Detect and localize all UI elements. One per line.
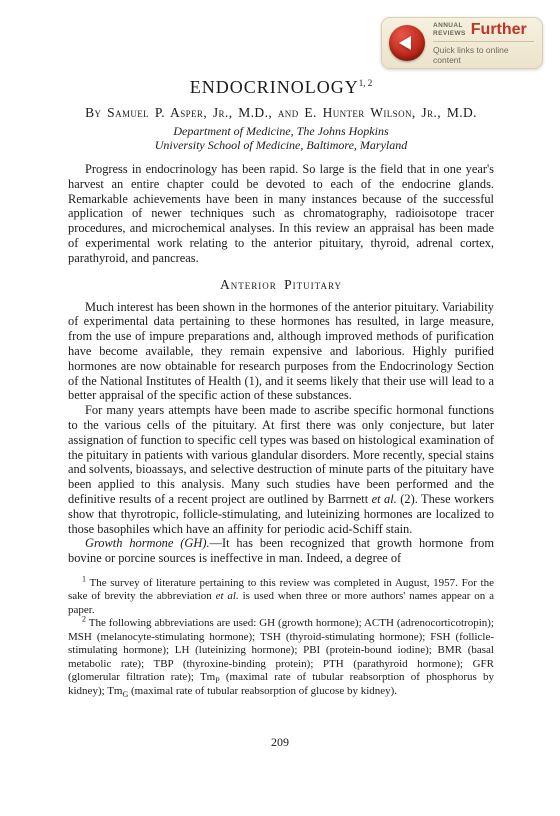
paragraph-cell-functions: For many years attempts have been made t… (68, 403, 494, 536)
article-content: ENDOCRINOLOGY1, 2 By Samuel P. Asper, Jr… (68, 0, 494, 698)
page-number: 209 (0, 735, 560, 750)
affiliation: Department of Medicine, The Johns Hopkin… (68, 124, 494, 152)
paragraph-growth-hormone: Growth hormone (GH).—It has been recogni… (68, 536, 494, 566)
footnotes: 1 The survey of literature pertaining to… (68, 577, 494, 699)
article-title: ENDOCRINOLOGY1, 2 (68, 77, 494, 98)
article-body: Progress in endocrinology has been rapid… (68, 162, 494, 566)
title-footnote-marker: 1, 2 (359, 78, 373, 88)
footnote-2: 2 The following abbreviations are used: … (68, 617, 494, 698)
affiliation-line1: Department of Medicine, The Johns Hopkin… (68, 124, 494, 138)
paragraph-hormone-interest: Much interest has been shown in the horm… (68, 300, 494, 404)
paragraph-intro: Progress in endocrinology has been rapid… (68, 162, 494, 266)
footnote-1: 1 The survey of literature pertaining to… (68, 577, 494, 618)
title-text: ENDOCRINOLOGY (190, 77, 359, 97)
byline: By Samuel P. Asper, Jr., M.D., and E. Hu… (68, 105, 494, 121)
affiliation-line2: University School of Medicine, Baltimore… (68, 138, 494, 152)
section-heading-anterior-pituitary: Anterior Pituitary (68, 277, 494, 293)
